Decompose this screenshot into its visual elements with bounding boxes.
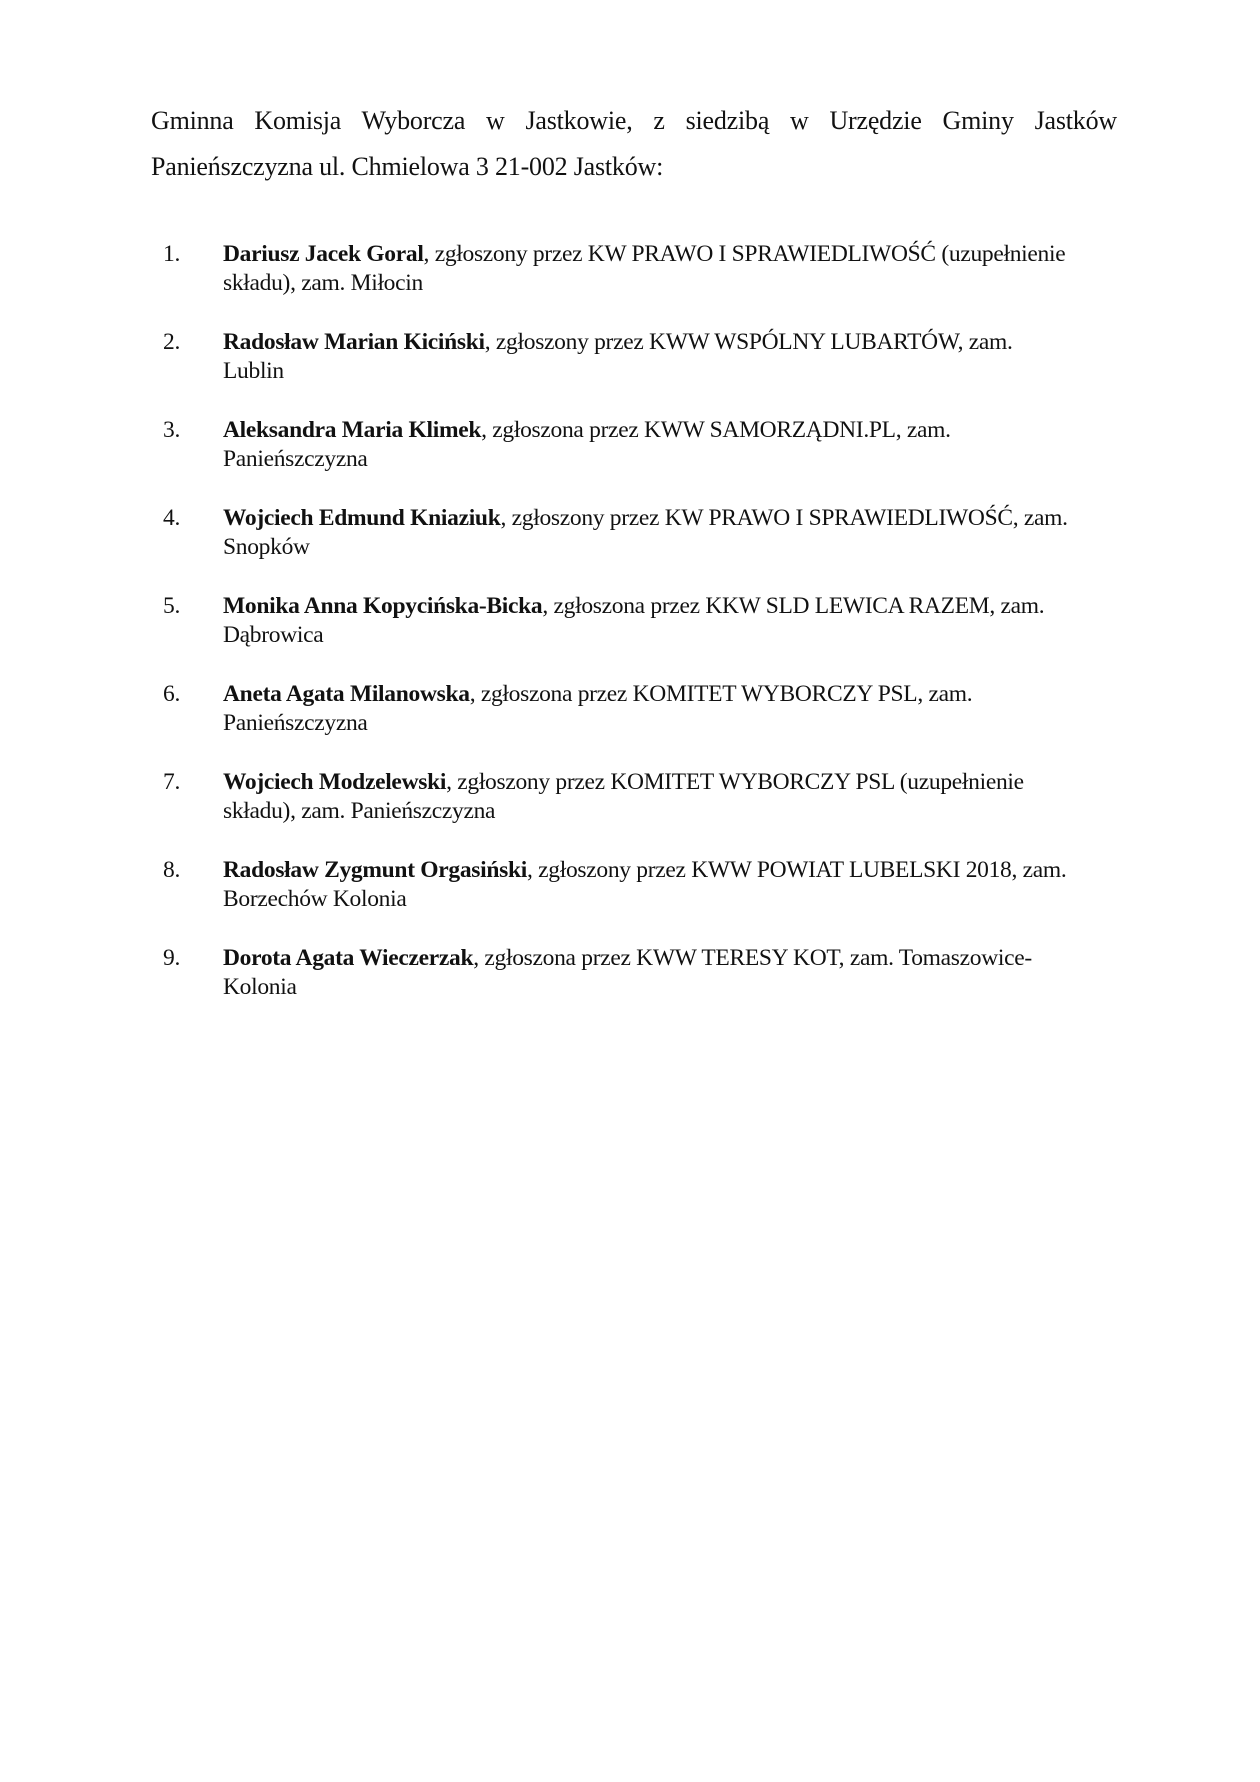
member-name: Monika Anna Kopycińska-Bicka (223, 593, 542, 619)
member-name: Radosław Zygmunt Orgasiński (223, 857, 527, 883)
intro-paragraph: Gminna Komisja Wyborcza w Jastkowie, z s… (151, 98, 1117, 190)
item-number: 3. (163, 416, 180, 445)
member-name: Aneta Agata Milanowska (223, 681, 470, 707)
member-name: Wojciech Edmund Kniaziuk (223, 505, 500, 531)
member-name: Radosław Marian Kiciński (223, 329, 485, 355)
member-name: Aleksandra Maria Klimek (223, 417, 481, 443)
member-name: Wojciech Modzelewski (223, 769, 446, 795)
list-item: 5. Monika Anna Kopycińska-Bicka, zgłoszo… (151, 592, 1071, 650)
member-list: 1. Dariusz Jacek Goral, zgłoszony przez … (151, 240, 1071, 1032)
list-item: 9. Dorota Agata Wieczerzak, zgłoszona pr… (151, 944, 1071, 1002)
list-item: 1. Dariusz Jacek Goral, zgłoszony przez … (151, 240, 1071, 298)
item-number: 8. (163, 856, 180, 885)
item-number: 6. (163, 680, 180, 709)
member-name: Dariusz Jacek Goral (223, 241, 424, 267)
list-item: 2. Radosław Marian Kiciński, zgłoszony p… (151, 328, 1071, 386)
list-item: 7. Wojciech Modzelewski, zgłoszony przez… (151, 768, 1071, 826)
list-item: 4. Wojciech Edmund Kniaziuk, zgłoszony p… (151, 504, 1071, 562)
member-name: Dorota Agata Wieczerzak (223, 945, 473, 971)
item-number: 1. (163, 240, 180, 269)
document-page: Gminna Komisja Wyborcza w Jastkowie, z s… (0, 0, 1260, 1782)
item-number: 4. (163, 504, 180, 533)
list-item: 8. Radosław Zygmunt Orgasiński, zgłoszon… (151, 856, 1071, 914)
list-item: 6. Aneta Agata Milanowska, zgłoszona prz… (151, 680, 1071, 738)
item-number: 5. (163, 592, 180, 621)
list-item: 3. Aleksandra Maria Klimek, zgłoszona pr… (151, 416, 1071, 474)
intro-line-1: Gminna Komisja Wyborcza w Jastkowie, z s… (151, 98, 1117, 144)
item-number: 7. (163, 768, 180, 797)
intro-line-2: Panieńszczyzna ul. Chmielowa 3 21-002 Ja… (151, 144, 1117, 190)
item-number: 2. (163, 328, 180, 357)
item-number: 9. (163, 944, 180, 973)
